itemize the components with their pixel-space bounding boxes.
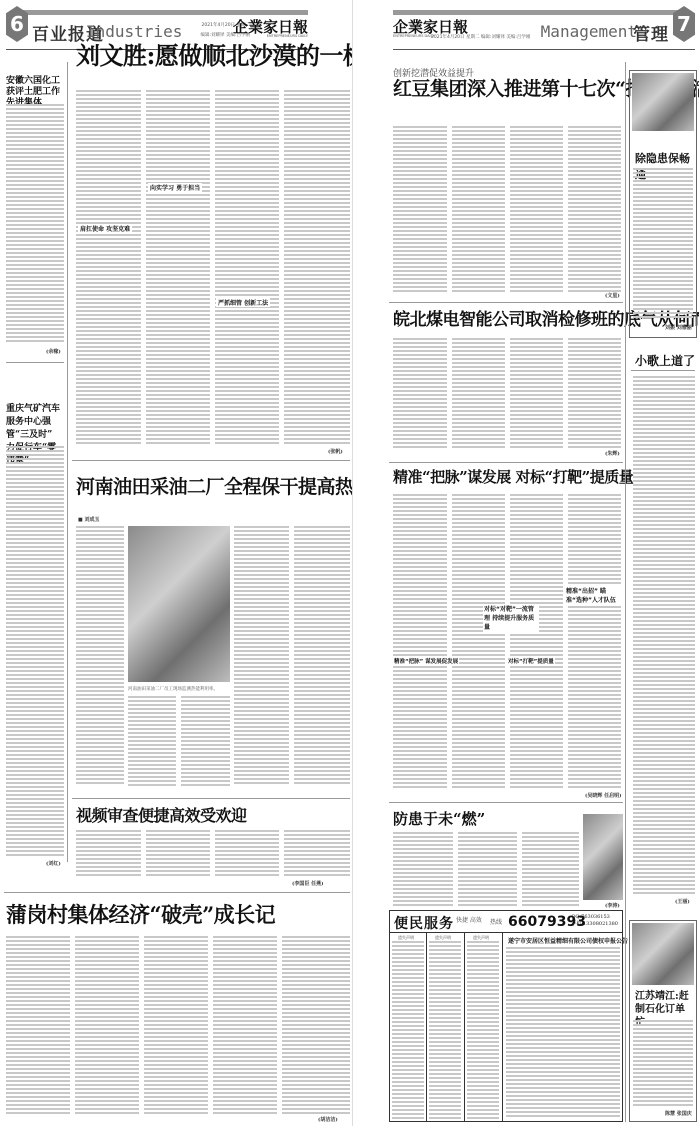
lost-notice-column-3 [467, 941, 499, 1119]
article-body-xiaoge [633, 376, 695, 896]
article-body-liu [76, 90, 350, 444]
headline-video: 视频审查便捷高效受欢迎 [76, 808, 247, 824]
byline-fanghuan: (李涛) [605, 902, 620, 909]
classifieds-mobile: 手机:13308021380 [571, 921, 618, 928]
article-body-video [76, 830, 350, 878]
headline-xiaoge: 小歌上道了 [635, 352, 695, 369]
article-body-henan-mid [128, 696, 230, 786]
byline-jingzhun: (吴晓辉 任启明) [585, 792, 621, 799]
lost-notice-header-3: 遗失声明 [473, 935, 489, 941]
byline-pugang: (胡洁洁) [318, 1116, 338, 1123]
photo-henan-worker [128, 526, 230, 682]
page-header: 企業家日報 ENTREPRENEURS DAILY 2021年4月20日 星期二… [393, 6, 695, 50]
subhead-jingzhun-4: 精准“出招” 瞄准“选种”人才队伍 [565, 586, 621, 606]
creditor-notice-body [506, 947, 620, 1119]
byline-wanbei: (朱辉) [605, 450, 620, 457]
header-bar [393, 10, 681, 15]
byline-chuyin: 刘振 刘雅丽 [665, 324, 692, 331]
page-number-badge: 6 [6, 6, 28, 42]
article-body-anhui [6, 104, 64, 344]
classifieds-section: 便民服务 快捷 高效 热线 66079393 QQ:763036153 手机:1… [389, 910, 623, 1122]
article-body-henan-left [76, 526, 124, 786]
headline-pugang: 蒲岗村集体经济“破壳”成长记 [6, 904, 275, 925]
byline-henan: ■ 刘成玉 [78, 516, 99, 523]
photo-petrochemical-pipes [632, 923, 694, 985]
divider [4, 892, 350, 893]
subhead-jingzhun-1: 精准“把脉” 谋发展促发展 [393, 656, 459, 666]
page-6-industries: 6 百业报道 Industries 2021年4月20日 星期二 编辑:刘耀铎 … [0, 0, 352, 1126]
subhead-liu-2: 向实学习 勇于担当 [148, 183, 202, 192]
issue-date: 2021年4月20日 星期二 编辑:刘耀铎 美编:吕学刚 [431, 34, 530, 40]
header-rule [393, 49, 695, 50]
article-body-jingzhun [393, 494, 621, 790]
sidebar-divider [625, 62, 626, 1122]
classifieds-subtitle: 快捷 高效 [456, 915, 482, 924]
article-body-chuyin [633, 168, 693, 320]
article-body-jiangsu [633, 1020, 693, 1106]
divider [389, 802, 623, 803]
subhead-liu-1: 肩扛使命 攻坚克难 [78, 224, 132, 233]
page-7-management: 企業家日報 ENTREPRENEURS DAILY 2021年4月20日 星期二… [352, 0, 699, 1126]
headline-fanghuan: 防患于未“燃” [393, 812, 485, 827]
subhead-liu-3: 严抓细管 创新工法 [216, 298, 270, 307]
section-title-en: Management [541, 22, 637, 41]
byline-jiangsu: 陈慧 张国庆 [665, 1110, 692, 1117]
byline-chongqing: (刘红) [46, 860, 61, 867]
lost-notice-column-2 [429, 941, 461, 1119]
classifieds-title: 便民服务 [394, 913, 454, 933]
divider [72, 460, 350, 461]
classifieds-phone-label: 热线 [490, 917, 502, 926]
byline-xiaoge: (王丽) [675, 898, 690, 905]
divider [389, 302, 623, 303]
creditor-notice-title: 遂宁市安居区恒益精细有限公司债权申报公告 [508, 936, 628, 945]
lost-notice-header-2: 遗失声明 [435, 935, 451, 941]
lost-notice-column-1 [392, 941, 424, 1119]
classifieds-header: 便民服务 快捷 高效 热线 66079393 QQ:763036153 手机:1… [390, 911, 622, 933]
classifieds-contact: QQ:763036153 手机:13308021380 [571, 914, 618, 927]
byline-anhui: (余稼) [46, 348, 61, 355]
page-number-badge: 7 [673, 6, 695, 42]
photo-fire-safety [583, 814, 623, 900]
article-body-chongqing [6, 446, 64, 858]
article-body-wanbei [393, 338, 621, 450]
byline-liu: (张帆) [328, 448, 343, 455]
article-body-pugang [6, 936, 350, 1116]
byline-video: (李国臣 任燕) [292, 880, 323, 887]
masthead-en: ENTREPRENEURS DAILY [267, 34, 308, 38]
photo-clearing-road [632, 73, 694, 131]
divider [389, 462, 623, 463]
divider [6, 362, 64, 363]
lost-notice-header-1: 遗失声明 [398, 935, 414, 941]
masthead-en: ENTREPRENEURS DAILY [393, 34, 434, 38]
divider [631, 370, 695, 371]
subhead-jingzhun-3: 对标“对靶”一流管理 持续提升服务质量 [483, 604, 539, 633]
divider [72, 798, 350, 799]
byline-hongdou: (文星) [605, 292, 620, 299]
article-body-fanghuan [393, 832, 579, 906]
article-body-hongdou [393, 126, 621, 292]
header-bar [20, 10, 308, 15]
subhead-jingzhun-2: 对标“打靶”提质量 [507, 656, 555, 666]
photo-caption-henan: 河南油田采油二厂员工现场监测热能利用率。 [128, 686, 218, 692]
article-body-henan-right [234, 526, 350, 786]
section-title-en: Industries [86, 22, 182, 41]
column-divider [67, 62, 68, 862]
newspaper-spread: 6 百业报道 Industries 2021年4月20日 星期二 编辑:刘耀铎 … [0, 0, 699, 1126]
headline-jingzhun: 精准“把脉”谋发展 对标“打靶”提质量 [393, 470, 633, 485]
section-title-cn: 管理 [633, 20, 669, 45]
